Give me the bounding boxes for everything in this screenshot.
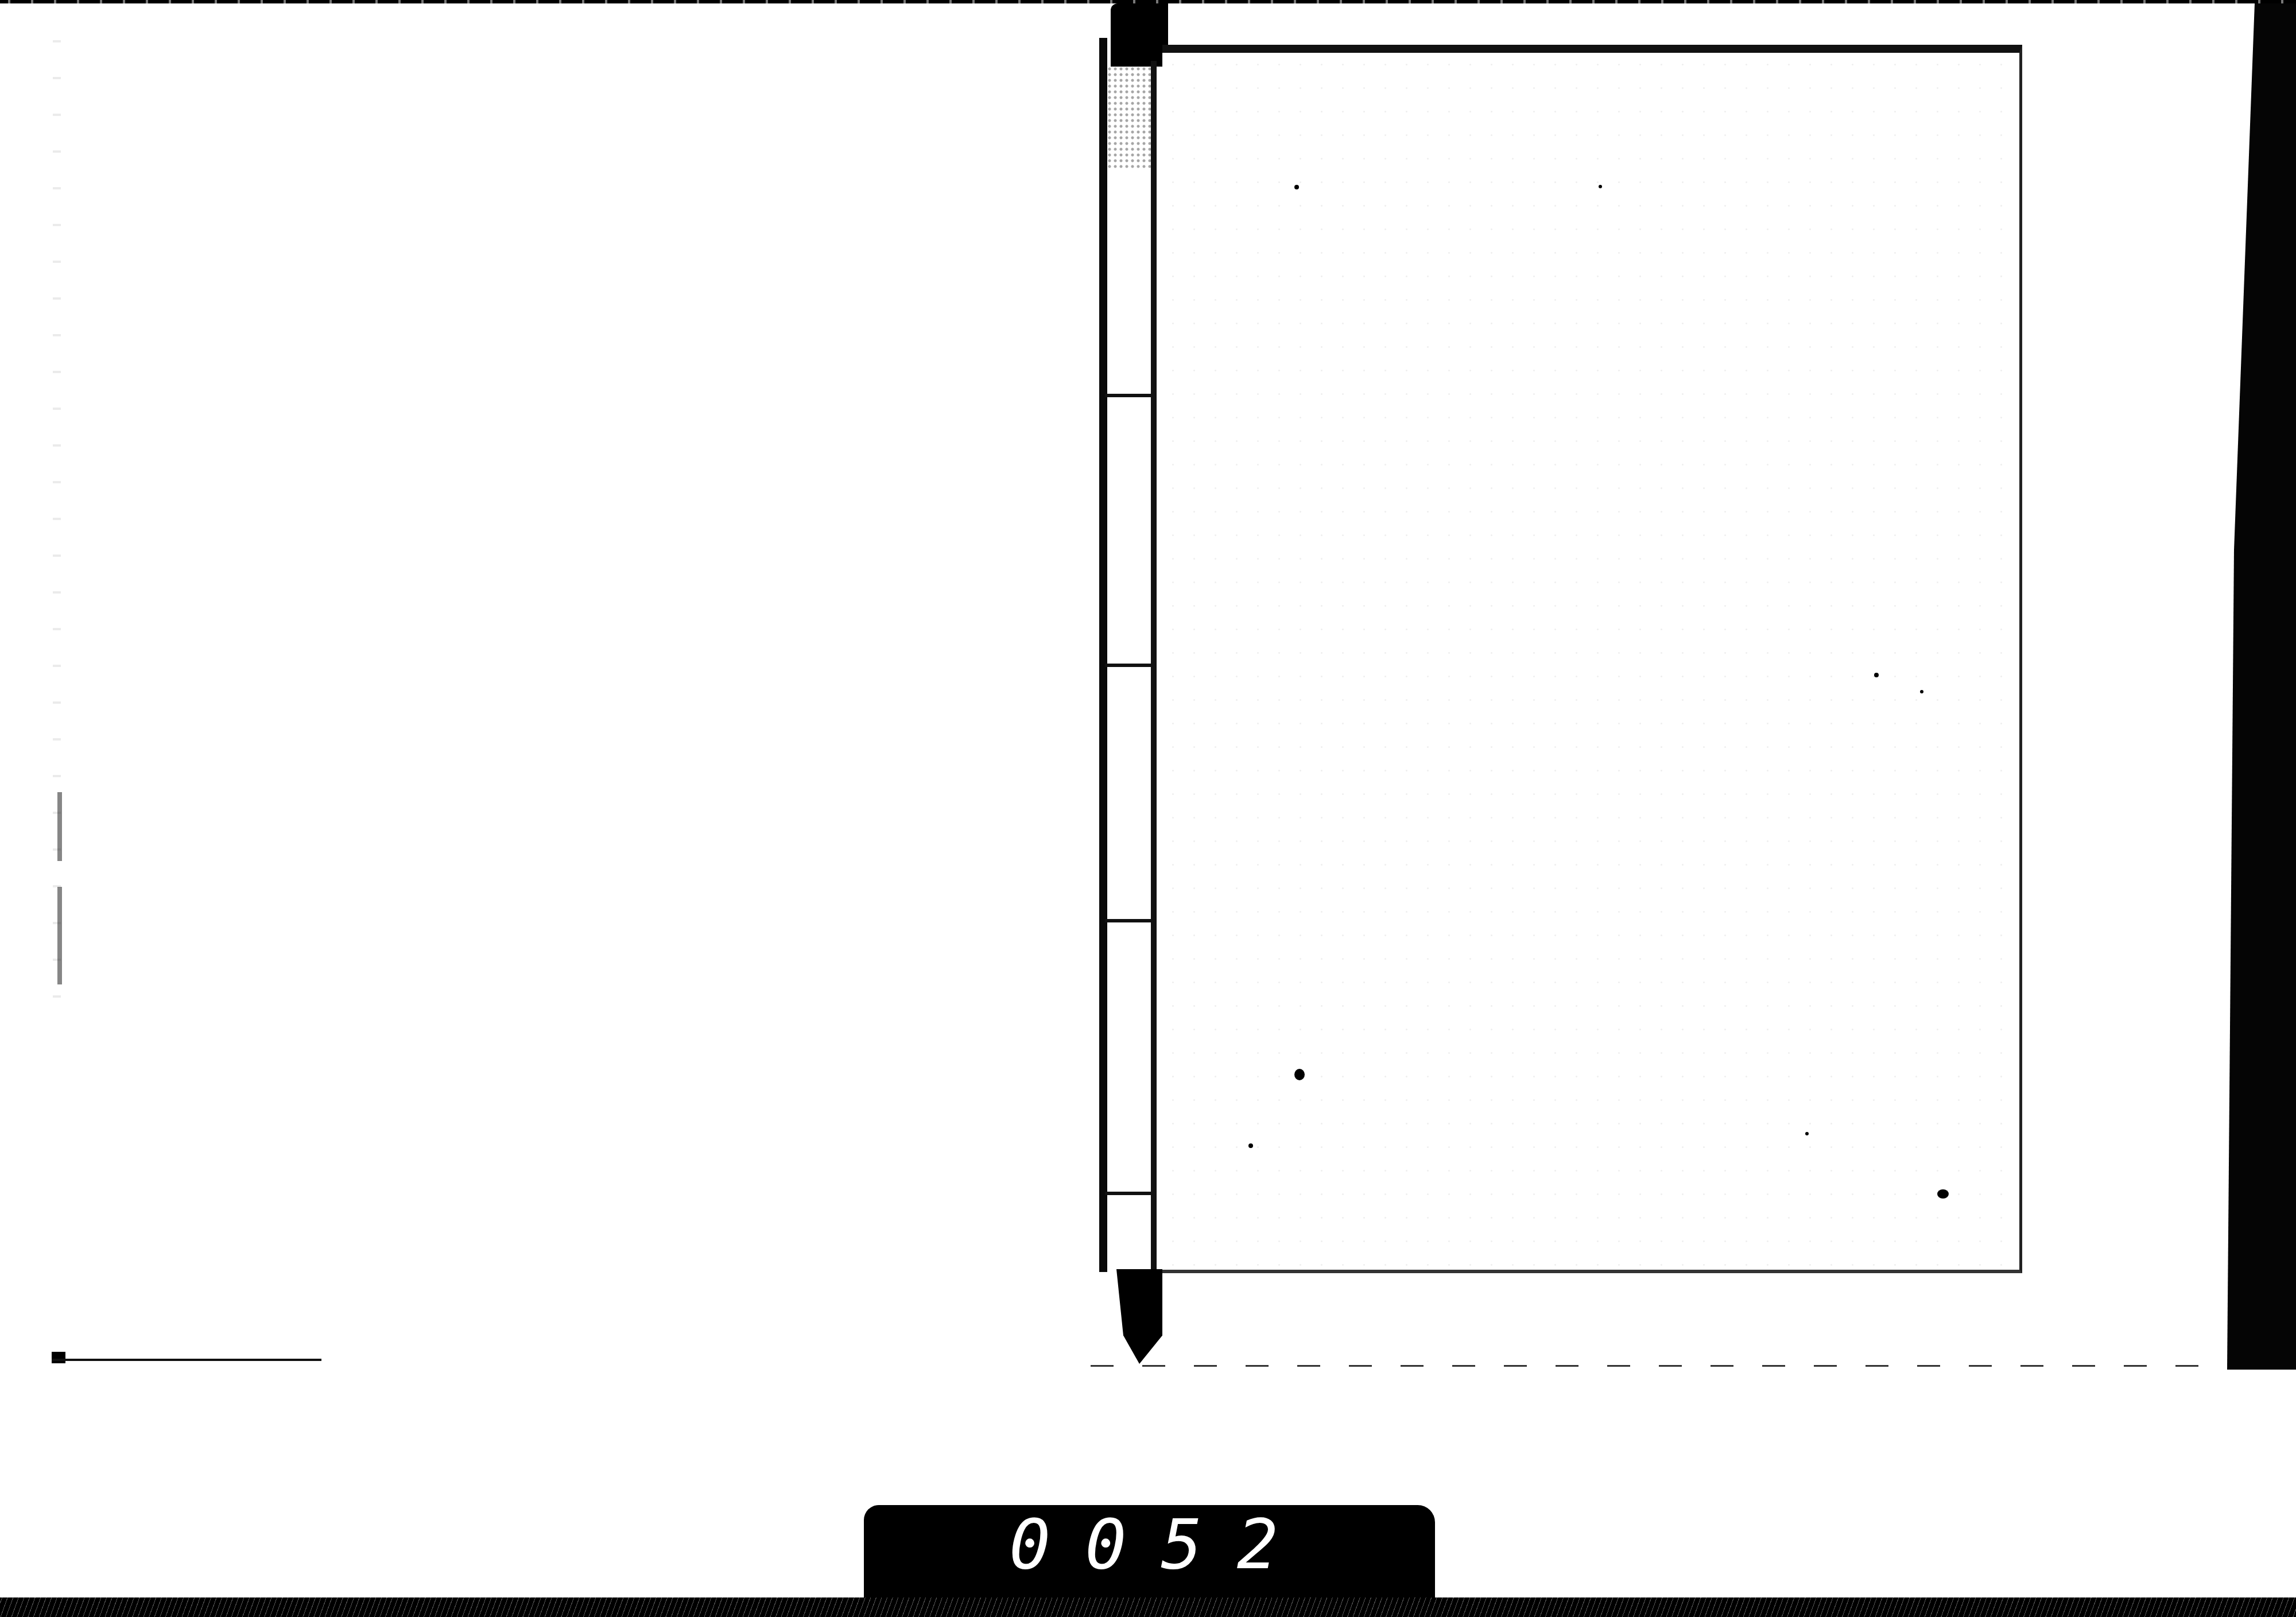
frame-counter-number: 0052	[1009, 1505, 1313, 1585]
left-page-edge	[53, 6, 61, 1027]
page-speck	[1805, 1132, 1809, 1135]
book-cover-page	[1162, 45, 2022, 1273]
spine-binding-divider	[1105, 1192, 1157, 1195]
page-bottom-rule	[1091, 1365, 2216, 1367]
left-edge-mark	[57, 887, 62, 984]
spine-binding-divider	[1105, 919, 1157, 922]
page-speck	[1599, 185, 1602, 188]
page-speck	[1294, 1069, 1305, 1080]
spine-bottom-tip	[1116, 1269, 1162, 1364]
spine-binding-divider	[1105, 664, 1157, 667]
scan-bottom-border	[0, 1597, 2296, 1617]
page-speck	[1937, 1189, 1949, 1199]
frame-counter-label: 0052	[864, 1505, 1435, 1602]
page-speck	[1294, 185, 1299, 189]
page-speck	[1874, 673, 1879, 677]
left-edge-mark	[57, 792, 62, 861]
left-bottom-rule	[52, 1359, 321, 1361]
page-speck	[1248, 1143, 1253, 1148]
page-scan-noise	[1162, 53, 2019, 1270]
left-corner-mark	[52, 1352, 65, 1363]
adjacent-page-edge	[2227, 3, 2296, 1370]
spine-top-cap	[1111, 3, 1168, 67]
spine-texture	[1107, 67, 1151, 170]
spine-outer-edge	[1099, 38, 1107, 1272]
book-spine	[1099, 3, 1167, 1364]
spine-binding-divider	[1105, 394, 1157, 397]
page-speck	[1920, 690, 1923, 693]
